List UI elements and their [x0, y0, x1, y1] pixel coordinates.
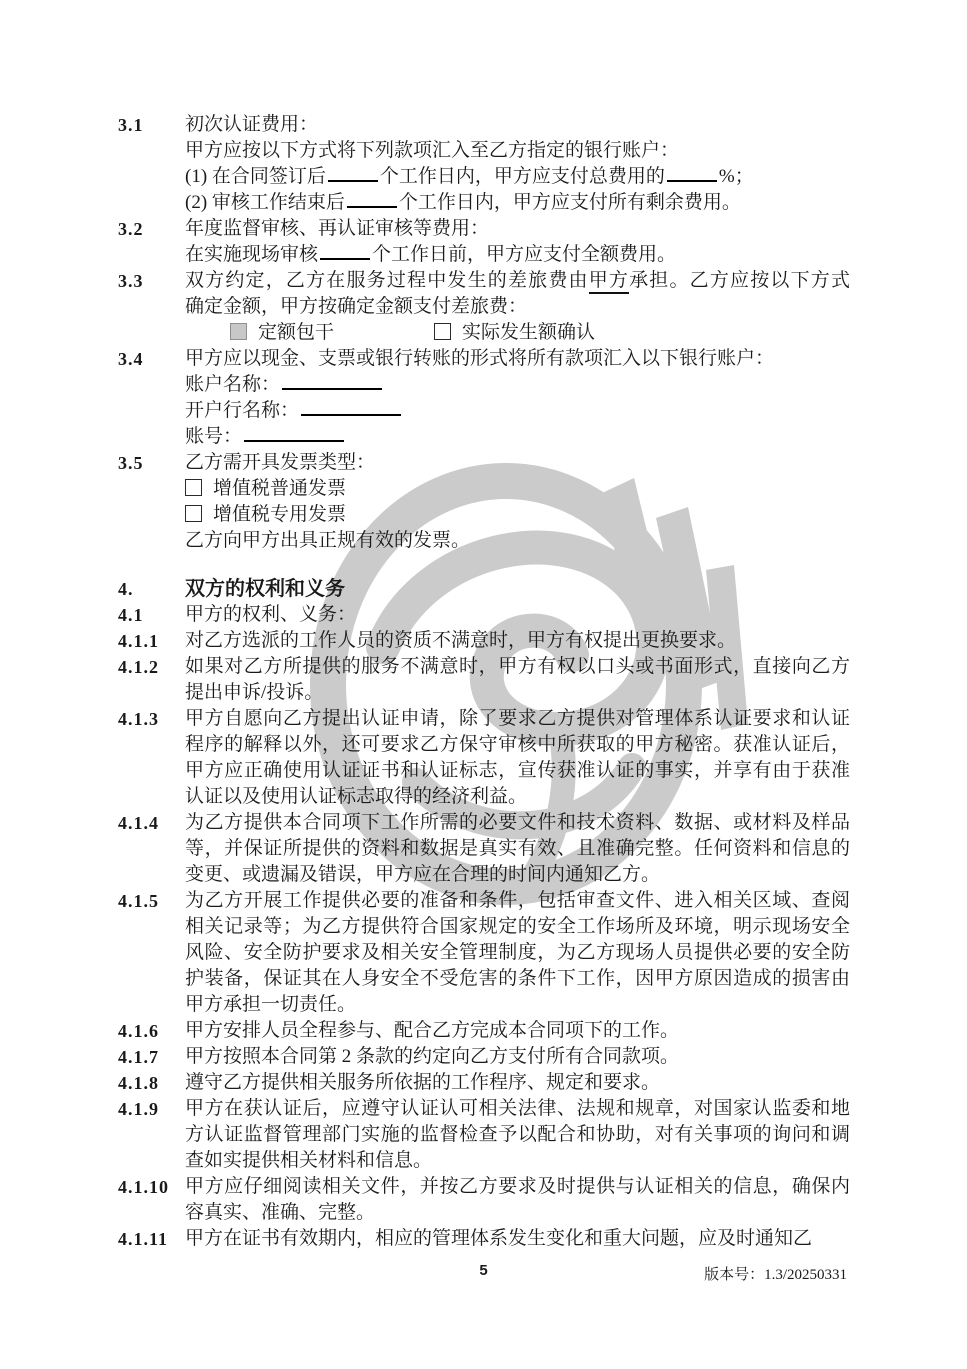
contract-item: 4.1.3甲方自愿向乙方提出认证申请，除了要求乙方提供对管理体系认证要求和认证程… [118, 706, 853, 810]
item-number: 4.1.7 [118, 1044, 185, 1070]
checkbox-lump-sum[interactable] [230, 323, 247, 340]
text-line: 遵守乙方提供相关服务所依据的工作程序、规定和要求。 [185, 1070, 850, 1096]
blank-account-name[interactable] [282, 374, 382, 390]
text-run: 确定金额，甲方按确定金额支付差旅费： [185, 296, 527, 317]
item-text: 甲方自愿向乙方提出认证申请，除了要求乙方提供对管理体系认证要求和认证程序的解释以… [185, 706, 850, 810]
item-text: 如果对乙方所提供的服务不满意时，甲方有权以口头或书面形式，直接向乙方提出申诉/投… [185, 654, 850, 706]
item-number: 4.1.3 [118, 706, 185, 732]
text-run: 双方约定，乙方在服务过程中发生的差旅费由 [185, 270, 589, 291]
document-page: 3.1初次认证费用：甲方应按以下方式将下列款项汇入至乙方指定的银行账户：(1) … [0, 0, 967, 1369]
text-line: 乙方需开具发票类型： [185, 450, 850, 476]
text-line: 等，并保证所提供的资料和数据是真实有效、且准确完整。任何资料和信息的 [185, 836, 850, 862]
text-run: 甲方应仔细阅读相关文件，并按乙方要求及时提供与认证相关的信息，确保内 [185, 1176, 850, 1197]
text-run: 认证以及使用认证标志取得的经济利益。 [185, 786, 527, 807]
item-text: 双方约定，乙方在服务过程中发生的差旅费由甲方承担。乙方应按以下方式确定金额，甲方… [185, 268, 850, 346]
text-line: 甲方在获认证后，应遵守认证认可相关法律、法规和规章，对国家认监委和地 [185, 1096, 850, 1122]
text-line: 开户行名称： [185, 398, 850, 424]
contract-item: 4.1.8遵守乙方提供相关服务所依据的工作程序、规定和要求。 [118, 1070, 853, 1096]
text-run: 甲方应以现金、支票或银行转账的形式将所有款项汇入以下银行账户： [185, 348, 774, 369]
text-run: 查如实提供相关材料和信息。 [185, 1150, 432, 1171]
text-line: 方认证监督管理部门实施的监督检查予以配合和协助，对有关事项的询问和调 [185, 1122, 850, 1148]
text-run: 初次认证费用： [185, 114, 318, 135]
spacer [334, 337, 434, 338]
item-text: 甲方应仔细阅读相关文件，并按乙方要求及时提供与认证相关的信息，确保内容真实、准确… [185, 1174, 850, 1226]
blank-days-after-audit-end[interactable] [347, 192, 397, 208]
item-number: 3.1 [118, 112, 185, 138]
text-run: 对乙方选派的工作人员的资质不满意时，甲方有权提出更换要求。 [185, 630, 736, 651]
text-line: 定额包干实际发生额确认 [185, 320, 850, 346]
text-line: 增值税普通发票 [185, 476, 850, 502]
checkbox-vat-ordinary-invoice[interactable] [185, 479, 202, 496]
contract-item: 3.5乙方需开具发票类型：增值税普通发票增值税专用发票乙方向甲方出具正规有效的发… [118, 450, 853, 554]
text-run: 个工作日内，甲方应支付所有剩余费用。 [399, 192, 741, 213]
text-run: 账号： [185, 426, 242, 447]
blank-days-before-onsite-audit[interactable] [320, 244, 370, 260]
item-number: 4.1.1 [118, 628, 185, 654]
blank-days-after-signing[interactable] [328, 166, 378, 182]
text-line: 甲方在证书有效期内，相应的管理体系发生变化和重大问题，应及时通知乙 [185, 1226, 850, 1252]
item-number: 3.5 [118, 450, 185, 476]
text-line: (2) 审核工作结束后个工作日内，甲方应支付所有剩余费用。 [185, 190, 850, 216]
text-run: (2) 审核工作结束后 [185, 192, 345, 213]
checkbox-actual-amount-confirmed[interactable] [434, 323, 451, 340]
text-line: 甲方安排人员全程参与、配合乙方完成本合同项下的工作。 [185, 1018, 850, 1044]
text-run: 甲方安排人员全程参与、配合乙方完成本合同项下的工作。 [185, 1020, 679, 1041]
text-run: 甲方自愿向乙方提出认证申请，除了要求乙方提供对管理体系认证要求和认证 [185, 708, 850, 729]
blank-percent-of-total[interactable] [667, 166, 717, 182]
text-line: 甲方按照本合同第 2 条款的约定向乙方支付所有合同款项。 [185, 1044, 850, 1070]
text-run: 双方的权利和义务 [185, 578, 345, 600]
contract-item: 4.1.2如果对乙方所提供的服务不满意时，甲方有权以口头或书面形式，直接向乙方提… [118, 654, 853, 706]
contract-item: 4.1.10甲方应仔细阅读相关文件，并按乙方要求及时提供与认证相关的信息，确保内… [118, 1174, 853, 1226]
text-line: 确定金额，甲方按确定金额支付差旅费： [185, 294, 850, 320]
text-run: 容真实、准确、完整。 [185, 1202, 375, 1223]
text-run: 程序的解释以外，还可要求乙方保守审核中所获取的甲方秘密。获准认证后， [185, 734, 850, 755]
item-text: 初次认证费用：甲方应按以下方式将下列款项汇入至乙方指定的银行账户：(1) 在合同… [185, 112, 850, 216]
text-line: 年度监督审核、再认证审核等费用： [185, 216, 850, 242]
item-number: 3.4 [118, 346, 185, 372]
text-run: 变更、或遗漏及错误，甲方应在合理的时间内通知乙方。 [185, 864, 660, 885]
page-footer: 5 版本号：1.3/20250331 [0, 1262, 967, 1288]
text-run: 甲方应正确使用认证证书和认证标志，宣传获准认证的事实，并享有由于获准 [185, 760, 850, 781]
item-number: 3.2 [118, 216, 185, 242]
text-line: 甲方应仔细阅读相关文件，并按乙方要求及时提供与认证相关的信息，确保内 [185, 1174, 850, 1200]
text-run: 承担。乙方应按以下方式 [629, 270, 850, 291]
text-line: 甲方应按以下方式将下列款项汇入至乙方指定的银行账户： [185, 138, 850, 164]
text-line: 甲方的权利、义务： [185, 602, 850, 628]
contract-item: 4.1甲方的权利、义务： [118, 602, 853, 628]
contract-item: 3.2年度监督审核、再认证审核等费用：在实施现场审核个工作日前，甲方应支付全额费… [118, 216, 853, 268]
text-run: 甲方在获认证后，应遵守认证认可相关法律、法规和规章，对国家认监委和地 [185, 1098, 850, 1119]
item-number: 3.3 [118, 268, 185, 294]
item-text: 甲方应以现金、支票或银行转账的形式将所有款项汇入以下银行账户：账户名称：开户行名… [185, 346, 850, 450]
text-line: 查如实提供相关材料和信息。 [185, 1148, 850, 1174]
text-run: 方认证监督管理部门实施的监督检查予以配合和协助，对有关事项的询问和调 [185, 1124, 850, 1145]
text-run: 在实施现场审核 [185, 244, 318, 265]
text-line: 相关记录等；为乙方提供符合国家规定的安全工作场所及环境，明示现场安全 [185, 914, 850, 940]
item-text: 甲方按照本合同第 2 条款的约定向乙方支付所有合同款项。 [185, 1044, 850, 1070]
underlined-text: 甲方 [589, 270, 629, 294]
text-line: 双方的权利和义务 [185, 576, 850, 602]
contract-item: 4.1.11甲方在证书有效期内，相应的管理体系发生变化和重大问题，应及时通知乙 [118, 1226, 853, 1252]
contract-item: 4.1.9甲方在获认证后，应遵守认证认可相关法律、法规和规章，对国家认监委和地方… [118, 1096, 853, 1174]
text-line: 变更、或遗漏及错误，甲方应在合理的时间内通知乙方。 [185, 862, 850, 888]
item-number: 4.1.9 [118, 1096, 185, 1122]
text-run: 乙方需开具发票类型： [185, 452, 375, 473]
contract-item: 4.1.1对乙方选派的工作人员的资质不满意时，甲方有权提出更换要求。 [118, 628, 853, 654]
text-run: 遵守乙方提供相关服务所依据的工作程序、规定和要求。 [185, 1072, 660, 1093]
text-run: 增值税普通发票 [213, 478, 346, 499]
item-text: 年度监督审核、再认证审核等费用：在实施现场审核个工作日前，甲方应支付全额费用。 [185, 216, 850, 268]
text-line: 容真实、准确、完整。 [185, 1200, 850, 1226]
text-run: 年度监督审核、再认证审核等费用： [185, 218, 489, 239]
text-run: 个工作日内，甲方应支付总费用的 [380, 166, 665, 187]
text-line: 风险、安全防护要求及相关安全管理制度，为乙方现场人员提供必要的安全防 [185, 940, 850, 966]
text-run: 如果对乙方所提供的服务不满意时，甲方有权以口头或书面形式，直接向乙方 [185, 656, 850, 677]
blank-bank-name[interactable] [301, 400, 401, 416]
text-line: 护装备，保证其在人身安全不受危害的条件下工作，因甲方原因造成的损害由 [185, 966, 850, 992]
blank-account-number[interactable] [244, 426, 344, 442]
text-line: 甲方应正确使用认证证书和认证标志，宣传获准认证的事实，并享有由于获准 [185, 758, 850, 784]
text-run: 实际发生额确认 [462, 322, 595, 343]
item-text: 甲方在证书有效期内，相应的管理体系发生变化和重大问题，应及时通知乙 [185, 1226, 850, 1252]
text-run: 账户名称： [185, 374, 280, 395]
text-line: 增值税专用发票 [185, 502, 850, 528]
item-number: 4.1.2 [118, 654, 185, 680]
text-line: 提出申诉/投诉。 [185, 680, 850, 706]
text-run: 风险、安全防护要求及相关安全管理制度，为乙方现场人员提供必要的安全防 [185, 942, 850, 963]
contract-item: 4.双方的权利和义务 [118, 576, 853, 602]
item-number: 4.1.4 [118, 810, 185, 836]
checkbox-vat-special-invoice[interactable] [185, 505, 202, 522]
item-text: 甲方安排人员全程参与、配合乙方完成本合同项下的工作。 [185, 1018, 850, 1044]
text-line: 认证以及使用认证标志取得的经济利益。 [185, 784, 850, 810]
text-run: 提出申诉/投诉。 [185, 682, 323, 703]
item-number: 4.1.5 [118, 888, 185, 914]
contract-item: 3.4甲方应以现金、支票或银行转账的形式将所有款项汇入以下银行账户：账户名称：开… [118, 346, 853, 450]
text-line: 账号： [185, 424, 850, 450]
item-text: 乙方需开具发票类型：增值税普通发票增值税专用发票乙方向甲方出具正规有效的发票。 [185, 450, 850, 554]
contract-item: 4.1.6甲方安排人员全程参与、配合乙方完成本合同项下的工作。 [118, 1018, 853, 1044]
item-number: 4.1.11 [118, 1226, 185, 1252]
text-run: 相关记录等；为乙方提供符合国家规定的安全工作场所及环境，明示现场安全 [185, 916, 850, 937]
text-run: (1) 在合同签订后 [185, 166, 326, 187]
item-text: 甲方的权利、义务： [185, 602, 850, 628]
text-line: 甲方应以现金、支票或银行转账的形式将所有款项汇入以下银行账户： [185, 346, 850, 372]
text-line: 双方约定，乙方在服务过程中发生的差旅费由甲方承担。乙方应按以下方式 [185, 268, 850, 294]
contract-item: 3.1初次认证费用：甲方应按以下方式将下列款项汇入至乙方指定的银行账户：(1) … [118, 112, 853, 216]
text-run: 甲方应按以下方式将下列款项汇入至乙方指定的银行账户： [185, 140, 679, 161]
contract-item: 4.1.7甲方按照本合同第 2 条款的约定向乙方支付所有合同款项。 [118, 1044, 853, 1070]
text-run: 甲方在证书有效期内，相应的管理体系发生变化和重大问题，应及时通知乙 [185, 1228, 812, 1249]
text-line: 甲方承担一切责任。 [185, 992, 850, 1018]
text-run: 甲方按照本合同第 2 条款的约定向乙方支付所有合同款项。 [185, 1046, 679, 1067]
text-line: 对乙方选派的工作人员的资质不满意时，甲方有权提出更换要求。 [185, 628, 850, 654]
text-run: 为乙方开展工作提供必要的准备和条件，包括审查文件、进入相关区域、查阅 [185, 890, 850, 911]
item-text: 双方的权利和义务 [185, 576, 850, 602]
text-line: 为乙方开展工作提供必要的准备和条件，包括审查文件、进入相关区域、查阅 [185, 888, 850, 914]
text-line: 账户名称： [185, 372, 850, 398]
item-number: 4.1 [118, 602, 185, 628]
item-number: 4.1.6 [118, 1018, 185, 1044]
text-run: 甲方的权利、义务： [185, 604, 356, 625]
text-line: 如果对乙方所提供的服务不满意时，甲方有权以口头或书面形式，直接向乙方 [185, 654, 850, 680]
text-run: 护装备，保证其在人身安全不受危害的条件下工作，因甲方原因造成的损害由 [185, 968, 850, 989]
item-text: 甲方在获认证后，应遵守认证认可相关法律、法规和规章，对国家认监委和地方认证监督管… [185, 1096, 850, 1174]
document-body: 3.1初次认证费用：甲方应按以下方式将下列款项汇入至乙方指定的银行账户：(1) … [118, 112, 853, 1252]
contract-item: 4.1.4为乙方提供本合同项下工作所需的必要文件和技术资料、数据、或材料及样品等… [118, 810, 853, 888]
text-line: 在实施现场审核个工作日前，甲方应支付全额费用。 [185, 242, 850, 268]
text-run: %； [719, 166, 754, 187]
text-run: 乙方向甲方出具正规有效的发票。 [185, 530, 470, 551]
text-line: 为乙方提供本合同项下工作所需的必要文件和技术资料、数据、或材料及样品 [185, 810, 850, 836]
item-text: 为乙方提供本合同项下工作所需的必要文件和技术资料、数据、或材料及样品等，并保证所… [185, 810, 850, 888]
version-label: 版本号：1.3/20250331 [704, 1263, 847, 1284]
item-number: 4.1.8 [118, 1070, 185, 1096]
text-line: 初次认证费用： [185, 112, 850, 138]
text-run: 定额包干 [258, 322, 334, 343]
text-run: 为乙方提供本合同项下工作所需的必要文件和技术资料、数据、或材料及样品 [185, 812, 850, 833]
text-run: 等，并保证所提供的资料和数据是真实有效、且准确完整。任何资料和信息的 [185, 838, 850, 859]
text-run: 增值税专用发票 [213, 504, 346, 525]
contract-item: 3.3双方约定，乙方在服务过程中发生的差旅费由甲方承担。乙方应按以下方式确定金额… [118, 268, 853, 346]
item-number: 4. [118, 576, 185, 602]
text-line: 程序的解释以外，还可要求乙方保守审核中所获取的甲方秘密。获准认证后， [185, 732, 850, 758]
item-number: 4.1.10 [118, 1174, 185, 1200]
item-text: 为乙方开展工作提供必要的准备和条件，包括审查文件、进入相关区域、查阅相关记录等；… [185, 888, 850, 1018]
text-run: 开户行名称： [185, 400, 299, 421]
text-run: 个工作日前，甲方应支付全额费用。 [372, 244, 676, 265]
text-line: 甲方自愿向乙方提出认证申请，除了要求乙方提供对管理体系认证要求和认证 [185, 706, 850, 732]
text-line: 乙方向甲方出具正规有效的发票。 [185, 528, 850, 554]
item-text: 对乙方选派的工作人员的资质不满意时，甲方有权提出更换要求。 [185, 628, 850, 654]
contract-item: 4.1.5为乙方开展工作提供必要的准备和条件，包括审查文件、进入相关区域、查阅相… [118, 888, 853, 1018]
text-run: 甲方承担一切责任。 [185, 994, 356, 1015]
text-line: (1) 在合同签订后个工作日内，甲方应支付总费用的%； [185, 164, 850, 190]
item-text: 遵守乙方提供相关服务所依据的工作程序、规定和要求。 [185, 1070, 850, 1096]
